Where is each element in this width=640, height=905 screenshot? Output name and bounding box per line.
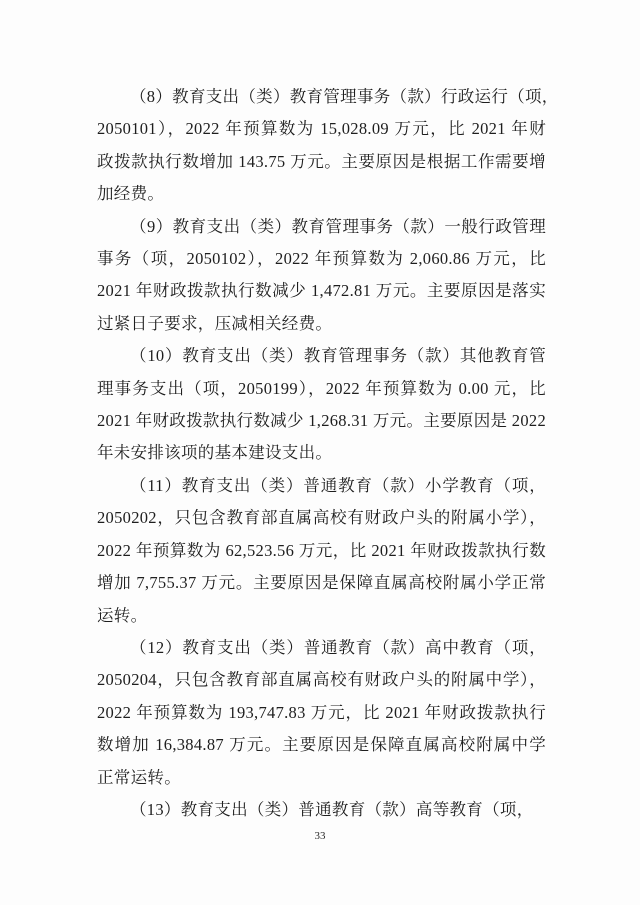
text-line: （9）教育支出（类）教育管理事务（款）一般行政管理 [97, 211, 546, 243]
text-line: 正常运转。 [97, 762, 546, 794]
budget-item-paragraph-9: （9）教育支出（类）教育管理事务（款）一般行政管理 事务（项，2050102），… [97, 211, 546, 341]
text-line: 2022 年预算数为 62,523.56 万元，比 2021 年财政拨款执行数 [97, 535, 546, 567]
text-line: 2021 年财政拨款执行数减少 1,268.31 万元。主要原因是 2022 [97, 405, 546, 437]
text-line: 2050202，只包含教育部直属高校有财政户头的附属小学）， [97, 502, 546, 534]
page-number: 33 [0, 829, 640, 844]
text-line: 运转。 [97, 600, 546, 632]
text-line: 理事务支出（项，2050199），2022 年预算数为 0.00 元，比 [97, 373, 546, 405]
text-line: 增加 7,755.37 万元。主要原因是保障直属高校附属小学正常 [97, 567, 546, 599]
text-line: （12）教育支出（类）普通教育（款）高中教育（项， [97, 632, 546, 664]
text-line: 政拨款执行数增加 143.75 万元。主要原因是根据工作需要增 [97, 146, 546, 178]
budget-item-paragraph-8: （8）教育支出（类）教育管理事务（款）行政运行（项， 2050101），2022… [97, 81, 546, 211]
text-line: 事务（项，2050102），2022 年预算数为 2,060.86 万元，比 [97, 243, 546, 275]
text-line: 年未安排该项的基本建设支出。 [97, 437, 546, 469]
text-line: 加经费。 [97, 178, 546, 210]
text-line: （8）教育支出（类）教育管理事务（款）行政运行（项， [97, 81, 546, 113]
text-line: 2022 年预算数为 193,747.83 万元，比 2021 年财政拨款执行 [97, 697, 546, 729]
text-line: （13）教育支出（类）普通教育（款）高等教育（项， [97, 794, 546, 826]
budget-item-paragraph-12: （12）教育支出（类）普通教育（款）高中教育（项， 2050204，只包含教育部… [97, 632, 546, 794]
budget-item-paragraph-11: （11）教育支出（类）普通教育（款）小学教育（项， 2050202，只包含教育部… [97, 470, 546, 632]
text-line: （10）教育支出（类）教育管理事务（款）其他教育管 [97, 340, 546, 372]
document-page: （8）教育支出（类）教育管理事务（款）行政运行（项， 2050101），2022… [0, 0, 640, 905]
budget-item-paragraph-10: （10）教育支出（类）教育管理事务（款）其他教育管 理事务支出（项，205019… [97, 340, 546, 470]
document-body: （8）教育支出（类）教育管理事务（款）行政运行（项， 2050101），2022… [97, 81, 546, 826]
text-line: 数增加 16,384.87 万元。主要原因是保障直属高校附属中学 [97, 729, 546, 761]
text-line: 2021 年财政拨款执行数减少 1,472.81 万元。主要原因是落实 [97, 275, 546, 307]
text-line: 过紧日子要求，压减相关经费。 [97, 308, 546, 340]
text-line: 2050204，只包含教育部直属高校有财政户头的附属中学）， [97, 664, 546, 696]
text-line: 2050101），2022 年预算数为 15,028.09 万元，比 2021 … [97, 113, 546, 145]
text-line: （11）教育支出（类）普通教育（款）小学教育（项， [97, 470, 546, 502]
budget-item-paragraph-13: （13）教育支出（类）普通教育（款）高等教育（项， [97, 794, 546, 826]
